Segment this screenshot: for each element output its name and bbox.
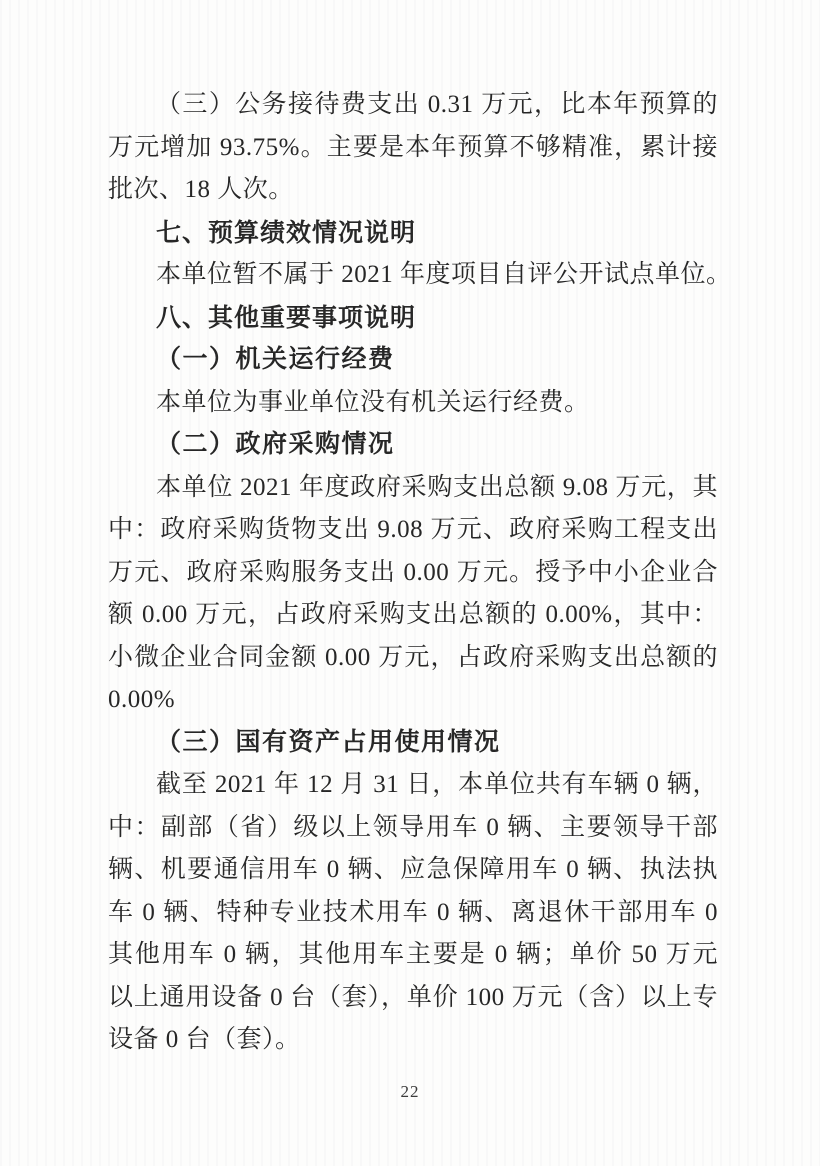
text-line: 车 0 辆、特种专业技术用车 0 辆、离退休干部用车 0 辆、	[108, 892, 718, 935]
text-line: 本单位为事业单位没有机关运行经费。	[108, 382, 718, 425]
text-line: 其他用车 0 辆，其他用车主要是 0 辆；单价 50 万元（含）	[108, 934, 718, 977]
section-heading: （一）机关运行经费	[108, 339, 718, 382]
document-content: （三）公务接待费支出 0.31 万元，比本年预算的 0.16万元增加 93.75…	[108, 84, 718, 1062]
text-line: 额 0.00 万元，占政府采购支出总额的 0.00%，其中：授予	[108, 594, 718, 637]
text-line: 中：政府采购货物支出 9.08 万元、政府采购工程支出 0.00	[108, 509, 718, 552]
text-line: 万元、政府采购服务支出 0.00 万元。授予中小企业合同金	[108, 552, 718, 595]
text-line: 万元增加 93.75%。主要是本年预算不够精准，累计接待 3	[108, 127, 718, 170]
text-line: 0.00%	[108, 679, 718, 722]
text-line: 本单位暂不属于 2021 年度项目自评公开试点单位。	[108, 254, 718, 297]
section-heading: 七、预算绩效情况说明	[108, 212, 718, 255]
section-heading: （三）国有资产占用使用情况	[108, 722, 718, 765]
section-heading: 八、其他重要事项说明	[108, 297, 718, 340]
text-line: 设备 0 台（套）。	[108, 1019, 718, 1062]
text-line: 批次、18 人次。	[108, 169, 718, 212]
page-footer: 22	[0, 1082, 820, 1102]
text-line: 中：副部（省）级以上领导用车 0 辆、主要领导干部用车 0	[108, 807, 718, 850]
text-line: 本单位 2021 年度政府采购支出总额 9.08 万元，其	[108, 467, 718, 510]
text-line: 截至 2021 年 12 月 31 日，本单位共有车辆 0 辆，其	[108, 764, 718, 807]
text-line: （三）公务接待费支出 0.31 万元，比本年预算的 0.16	[108, 84, 718, 127]
document-page: （三）公务接待费支出 0.31 万元，比本年预算的 0.16万元增加 93.75…	[0, 0, 820, 1166]
section-heading: （二）政府采购情况	[108, 424, 718, 467]
page-number: 22	[401, 1082, 420, 1101]
text-line: 以上通用设备 0 台（套），单价 100 万元（含）以上专用	[108, 977, 718, 1020]
text-line: 辆、机要通信用车 0 辆、应急保障用车 0 辆、执法执勤用	[108, 849, 718, 892]
text-line: 小微企业合同金额 0.00 万元，占政府采购支出总额的	[108, 637, 718, 680]
